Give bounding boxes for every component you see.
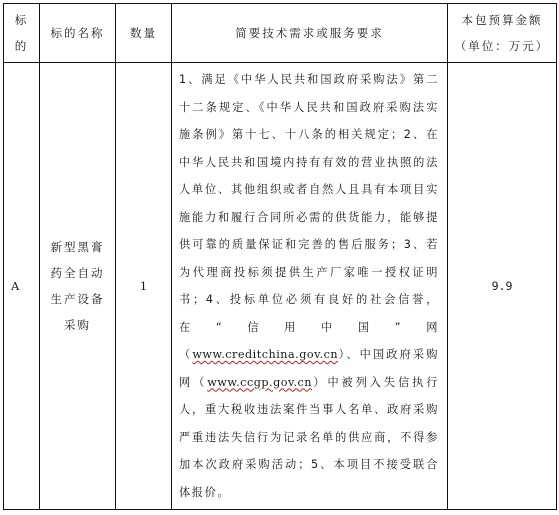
header-qty: 数量	[116, 4, 172, 63]
header-budget-line1: 本包预算金额	[448, 7, 556, 33]
header-row: 标 的 标的名称 数量 简要技术需求或服务要求 本包预算金额 （单位：万元）	[4, 4, 557, 63]
header-name: 标的名称	[40, 4, 116, 63]
row-budget: 9.9	[448, 63, 557, 510]
requirements-text: ）中被列入失信执行人，重大税收违法案件当事人名单、政府采购严重违法失信行为记录名…	[179, 376, 439, 499]
row-quantity: 1	[116, 63, 172, 510]
header-requirements: 简要技术需求或服务要求	[172, 4, 448, 63]
row-code: A	[4, 63, 40, 510]
ccgp-url: www.ccgp.gov.cn	[207, 376, 312, 389]
requirements-text: 1、满足《中华人民共和国政府采购法》第二十二条规定、《中华人民共和国政府采购法实…	[179, 73, 439, 361]
item-name-line: 采购	[46, 312, 109, 338]
header-code-line2: 的	[4, 33, 39, 59]
header-code-line1: 标	[4, 7, 39, 33]
item-name-line: 生产设备	[46, 286, 109, 312]
item-name-line: 新型黑膏	[46, 234, 109, 260]
item-name-line: 药全自动	[46, 260, 109, 286]
header-budget: 本包预算金额 （单位：万元）	[448, 4, 557, 63]
creditchina-url: www.creditchina.gov.cn	[192, 348, 338, 361]
procurement-table: 标 的 标的名称 数量 简要技术需求或服务要求 本包预算金额 （单位：万元） A…	[3, 3, 557, 510]
table-row: A 新型黑膏 药全自动 生产设备 采购 1 1、满足《中华人民共和国政府采购法》…	[4, 63, 557, 510]
header-budget-line2: （单位：万元）	[448, 33, 556, 59]
header-code: 标 的	[4, 4, 40, 63]
row-requirements: 1、满足《中华人民共和国政府采购法》第二十二条规定、《中华人民共和国政府采购法实…	[172, 63, 448, 510]
row-item-name: 新型黑膏 药全自动 生产设备 采购	[40, 63, 116, 510]
